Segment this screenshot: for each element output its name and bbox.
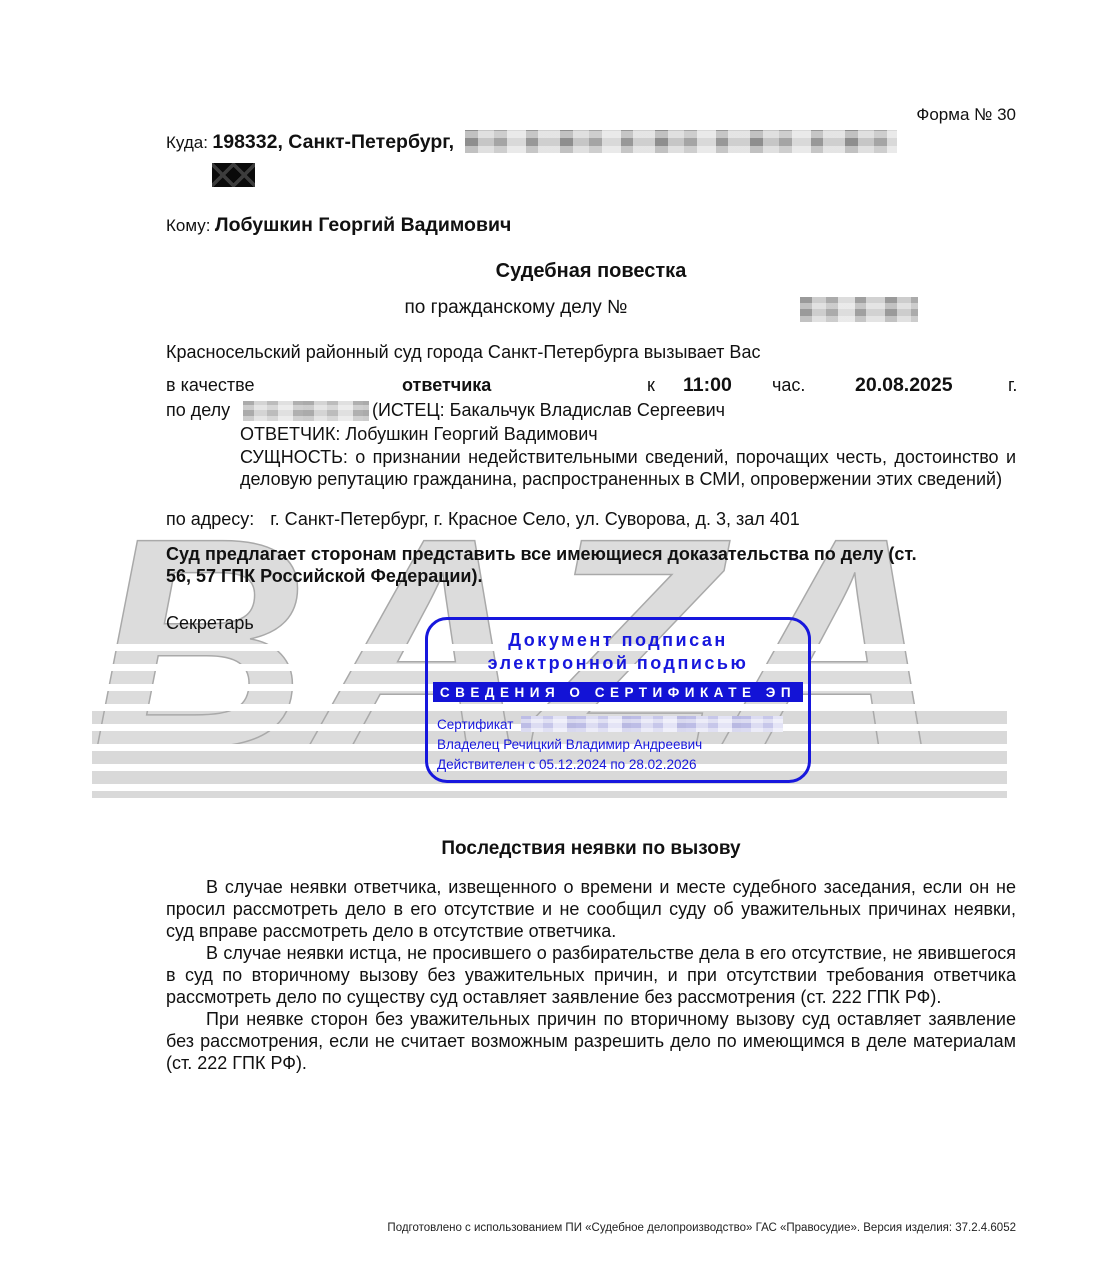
- plaintiff-line: (ИСТЕЦ: Бакальчук Владислав Сергеевич: [372, 399, 725, 421]
- case-row: по делу (ИСТЕЦ: Бакальчук Владислав Серг…: [166, 399, 1016, 423]
- hearing-date: 20.08.2025: [855, 374, 953, 396]
- form-number-label: Форма № 30: [916, 104, 1016, 126]
- consequences-paragraph-2: В случае неявки истца, не просившего о р…: [166, 942, 1016, 1008]
- case-label: по делу: [166, 399, 230, 421]
- address-row: по адресу:г. Санкт-Петербург, г. Красное…: [166, 508, 800, 530]
- stamp-title-line2: электронной подписью: [428, 652, 808, 675]
- certificate-label: Сертификат: [437, 717, 513, 732]
- redacted-black-box: [212, 163, 255, 187]
- electronic-signature-stamp: Документ подписан электронной подписью С…: [425, 617, 811, 783]
- address-value: г. Санкт-Петербург, г. Красное Село, ул.…: [270, 509, 800, 529]
- redacted-address-block: [465, 130, 897, 153]
- case-subtitle-row: по гражданскому делу №: [166, 297, 1016, 323]
- document-title: Судебная повестка: [166, 260, 1016, 283]
- court-line: Красносельский районный суд города Санкт…: [166, 341, 760, 363]
- redacted-case-number-block: [800, 297, 918, 322]
- certificate-row: Сертификат: [437, 716, 808, 733]
- address-label: по адресу:: [166, 509, 254, 529]
- to-label: к: [647, 374, 655, 396]
- where-value: 198332, Санкт-Петербург,: [212, 131, 454, 153]
- document-content: Форма № 30 Куда: 198332, Санкт-Петербург…: [166, 0, 1016, 1280]
- stamp-title-line1: Документ подписан: [428, 629, 808, 652]
- year-label: г.: [1008, 374, 1017, 396]
- secretary-label: Секретарь: [166, 612, 254, 634]
- hearing-time: 11:00: [683, 374, 732, 396]
- consequences-paragraphs: В случае неявки ответчика, извещенного о…: [166, 876, 1016, 1074]
- recipient-address-row: Куда: 198332, Санкт-Петербург,: [166, 131, 897, 155]
- essence-block: СУЩНОСТЬ: о признании недействительными …: [240, 446, 1016, 490]
- case-subtitle: по гражданскому делу №: [166, 297, 866, 319]
- whom-value: Лобушкин Георгий Вадимович: [215, 214, 511, 236]
- qualification-row: в качестве ответчика к 11:00 час. 20.08.…: [166, 374, 1016, 398]
- court-summons-document: BAZA Форма № 30 Куда: 198332, Санкт-Пете…: [0, 0, 1096, 1280]
- as-label: в качестве: [166, 374, 254, 396]
- evidence-note: Суд предлагает сторонам представить все …: [166, 543, 932, 587]
- redacted-certificate-block: [521, 716, 783, 732]
- recipient-name-row: Кому: Лобушкин Георгий Вадимович: [166, 214, 511, 237]
- certificate-info-bar: СВЕДЕНИЯ О СЕРТИФИКАТЕ ЭП: [433, 682, 803, 702]
- consequences-paragraph-3: При неявке сторон без уважительных причи…: [166, 1008, 1016, 1074]
- consequences-title: Последствия неявки по вызову: [166, 838, 1016, 860]
- defendant-line: ОТВЕТЧИК: Лобушкин Георгий Вадимович: [240, 423, 598, 445]
- certificate-owner: Владелец Речицкий Владимир Андреевич: [437, 736, 808, 753]
- where-label: Куда:: [166, 133, 208, 152]
- role-value: ответчика: [402, 374, 491, 396]
- footer-note: Подготовлено с использованием ПИ «Судебн…: [387, 1222, 1016, 1234]
- redacted-case-block: [243, 401, 369, 421]
- whom-label: Кому:: [166, 216, 210, 235]
- certificate-validity: Действителен с 05.12.2024 по 28.02.2026: [437, 756, 808, 773]
- stamp-title: Документ подписан электронной подписью: [428, 629, 808, 675]
- hour-label: час.: [772, 374, 805, 396]
- consequences-paragraph-1: В случае неявки ответчика, извещенного о…: [166, 876, 1016, 942]
